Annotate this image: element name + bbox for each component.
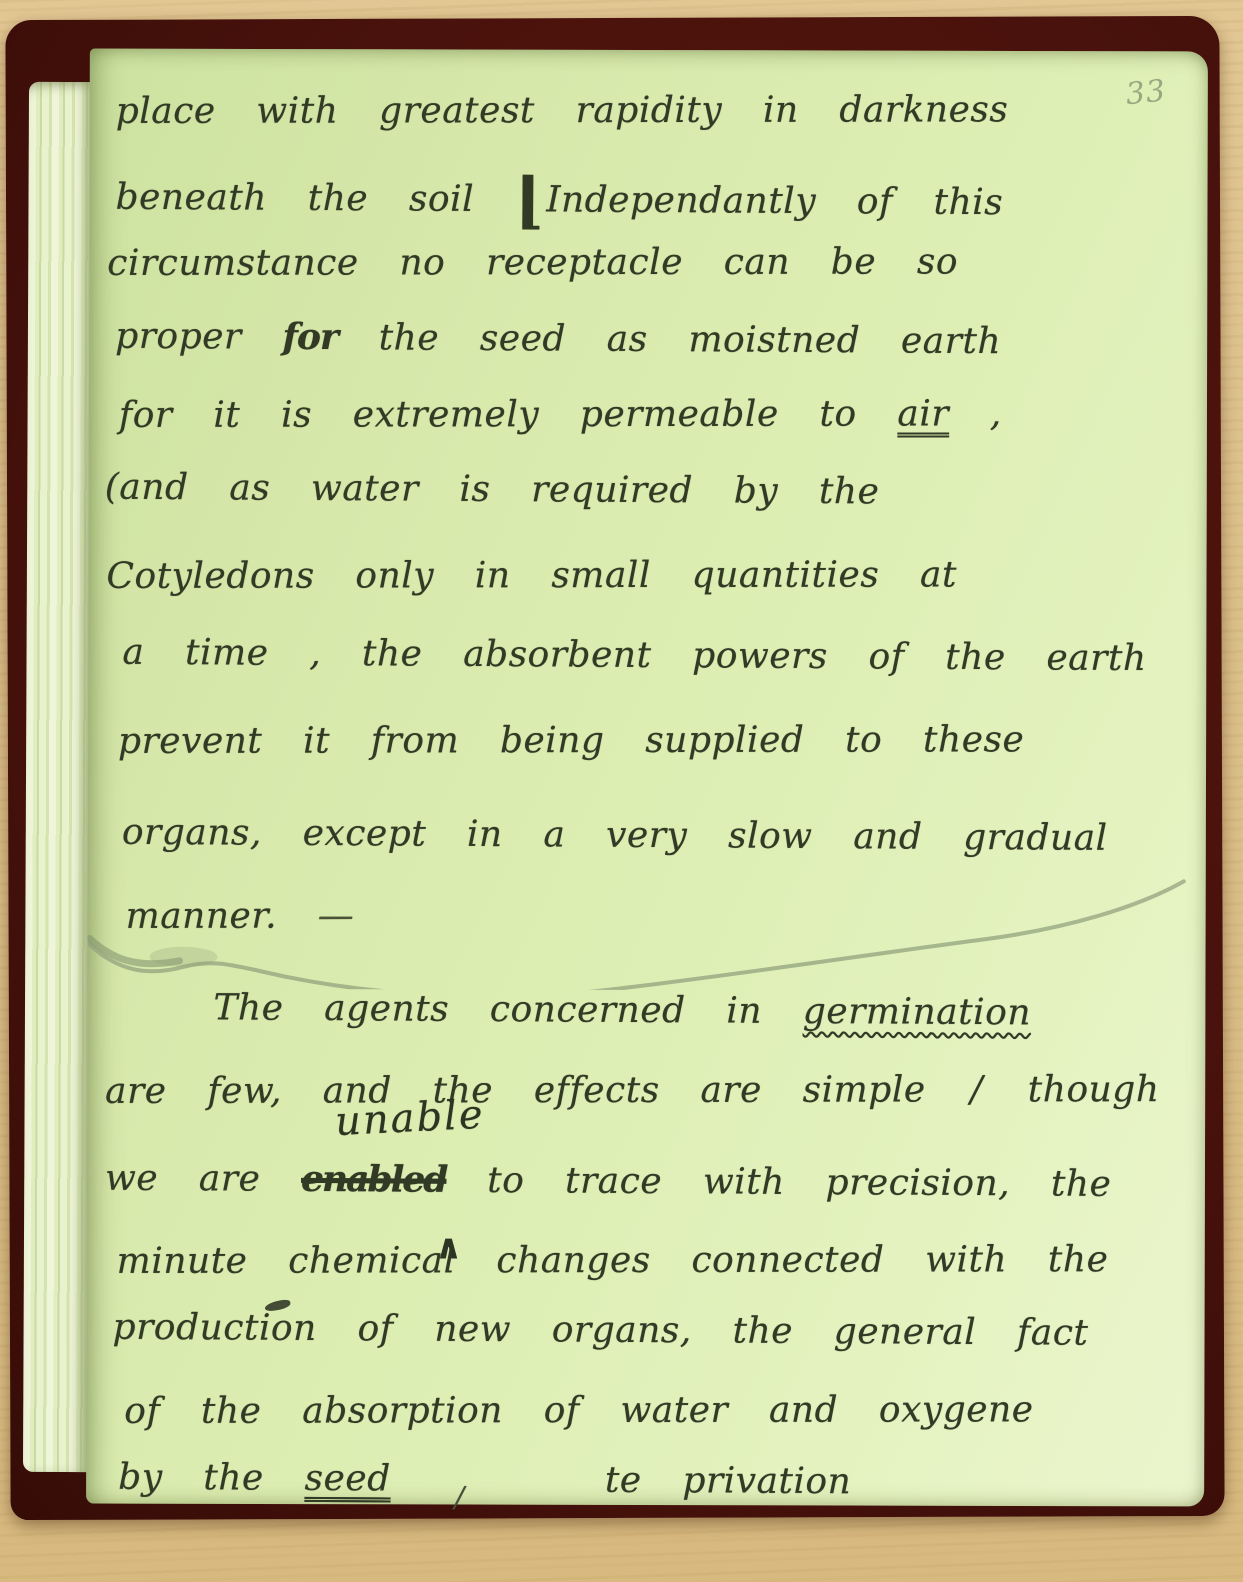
text-segment: for it is extremely permeable to	[119, 394, 898, 436]
manuscript-line: for it is extremely permeable to air ,	[105, 393, 1185, 471]
text-segment: minute chemical changes connected with t…	[117, 1239, 1109, 1282]
text-segment: —	[318, 896, 352, 937]
manuscript-line: proper for the seed as moistned earth	[105, 315, 1185, 398]
text-segment: circumstance no receptacle can be so	[107, 241, 958, 283]
text-segment: germination	[803, 991, 1031, 1033]
text-segment: te privation	[605, 1460, 852, 1503]
text-segment: to trace with precision, the	[446, 1160, 1111, 1205]
insertion-caret-icon: ∧	[435, 1227, 463, 1267]
text-segment: the seed as moistned earth	[338, 317, 1001, 362]
text-segment: ,	[949, 393, 1002, 434]
text-segment: Independantly of this	[546, 179, 1003, 223]
text-segment: (and as water is required by the	[105, 467, 880, 513]
manuscript-line: The agents concerned in germination	[103, 987, 1183, 1070]
manuscript-line: by the seed∕te privation	[102, 1457, 1182, 1540]
manuscript-line: prevent it from being supplied to these	[104, 719, 1184, 797]
manuscript-line: are few, and the effects are simple ∕ th…	[103, 1069, 1183, 1147]
manuscript-line: circumstance no receptacle can be so	[105, 241, 1185, 319]
text-segment: we are	[105, 1158, 301, 1200]
manuscript-line: Cotyledons only in small quantities at	[104, 554, 1184, 632]
manuscript-line: manner. —	[104, 894, 1184, 972]
text-segment: prevent it from being supplied to these	[118, 719, 1024, 762]
text-segment: though	[987, 1069, 1160, 1110]
text-segment: Cotyledons only in small quantities at	[106, 554, 957, 596]
text-segment: for	[282, 316, 338, 358]
manuscript-line: place with greatest rapidity in darkness	[106, 89, 1186, 167]
manuscript-line: production of new organs, the general fa…	[102, 1307, 1182, 1390]
text-segment: enabled	[301, 1158, 447, 1201]
text-segment: beneath the soil	[115, 177, 515, 220]
text-segment: manner.	[126, 896, 318, 937]
text-segment: place with greatest rapidity in darkness	[116, 89, 1009, 132]
text-segment: ∕	[454, 1480, 464, 1514]
manuscript-photo: 33 place with greatest rapidity in darkn…	[0, 0, 1243, 1582]
manuscript-line: minute chemical changes connected with t…	[103, 1239, 1183, 1317]
text-segment: production of new organs, the general fa…	[112, 1307, 1088, 1354]
manuscript-page: 33 place with greatest rapidity in darkn…	[86, 49, 1208, 1507]
text-segment: organs, except in a very slow and gradua…	[122, 812, 1108, 859]
text-segment: of the absorption of water and oxygene	[124, 1389, 1033, 1432]
manuscript-line: a time , the absorbent powers of the ear…	[104, 632, 1184, 715]
manuscript-line: organs, except in a very slow and gradua…	[104, 812, 1184, 895]
page-stack-edges	[23, 82, 95, 1472]
text-segment: air	[897, 393, 949, 434]
text-segment: a time , the absorbent powers of the ear…	[122, 632, 1146, 679]
text-segment: The agents concerned in	[213, 987, 803, 1032]
manuscript-line: of the absorption of water and oxygene	[102, 1389, 1182, 1467]
text-segment: seed	[304, 1458, 390, 1500]
insertion-note: unable	[334, 1092, 486, 1145]
text-segment: are few, and the effects are simple	[105, 1069, 966, 1112]
manuscript-line: beneath the soil ⌊Independantly of this	[105, 163, 1185, 246]
text-segment: ⌊	[515, 165, 545, 236]
handwritten-text-block: place with greatest rapidity in darkness…	[102, 89, 1186, 1538]
text-segment: proper	[115, 316, 282, 358]
manuscript-line: we are enabled to trace with precision, …	[103, 1157, 1183, 1240]
text-segment: by the	[118, 1457, 305, 1499]
text-segment: ∕	[970, 1069, 983, 1110]
manuscript-line: (and as water is required by the	[104, 467, 1184, 550]
